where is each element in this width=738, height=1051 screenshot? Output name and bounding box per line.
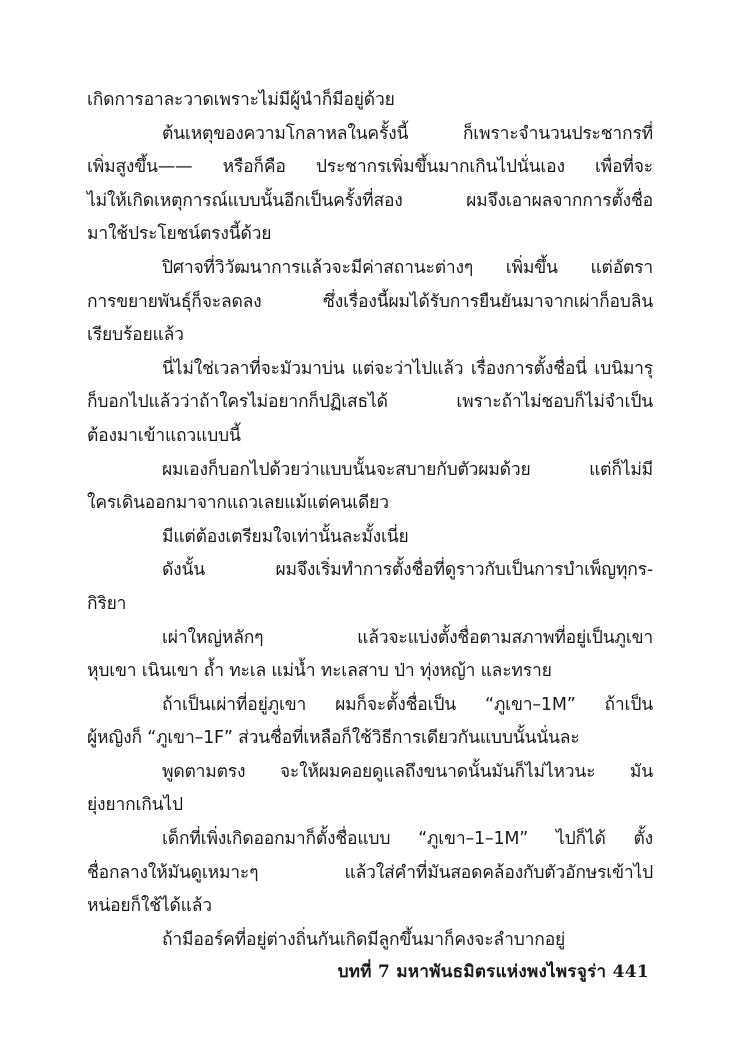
text-line-16: กิริยา [87,588,653,622]
body-text: เกิดการอาละวาดเพราะไม่มีผู้นำก็มีอยู่ด้ว… [87,84,653,957]
text-line-10: ก็บอกไปแล้วว่าถ้าใครไม่อยากก็ปฏิเสธได้ เ… [87,386,653,420]
text-line-4: ไม่ให้เกิดเหตุการณ์แบบนั้นอีกเป็นครั้งที… [87,185,653,219]
text-line-24: ชื่อกลางให้มันดูเหมาะๆ แล้วใส่คำที่มันสอ… [87,857,653,891]
running-footer: บทที่ 7 มหาพันธมิตรแห่งพงไพรจูร่า 441 [338,958,649,985]
text-line-8: เรียบร้อยแล้ว [87,319,653,353]
text-line-21: พูดตามตรง จะให้ผมคอยดูแลถึงขนาดนั้นมันก็… [87,756,653,790]
text-line-5: มาใช้ประโยชน์ตรงนี้ด้วย [87,218,653,252]
text-line-1: เกิดการอาละวาดเพราะไม่มีผู้นำก็มีอยู่ด้ว… [87,84,653,118]
text-line-17: เผ่าใหญ่หลักๆ แล้วจะแบ่งตั้งชื่อตามสภาพท… [87,622,653,656]
text-line-23: เด็กที่เพิ่งเกิดออกมาก็ตั้งชื่อแบบ “ภูเข… [87,823,653,857]
text-line-6: ปิศาจที่วิวัฒนาการแล้วจะมีค่าสถานะต่างๆ … [87,252,653,286]
text-line-7: การขยายพันธุ์ก็จะลดลง ซึ่งเรื่องนี้ผมได้… [87,286,653,320]
book-page: เกิดการอาละวาดเพราะไม่มีผู้นำก็มีอยู่ด้ว… [0,0,738,1051]
text-line-11: ต้องมาเข้าแถวแบบนี้ [87,420,653,454]
text-line-2: ต้นเหตุของความโกลาหลในครั้งนี้ ก็เพราะจำ… [87,118,653,152]
text-line-18: หุบเขา เนินเขา ถ้ำ ทะเล แม่น้ำ ทะเลสาบ ป… [87,655,653,689]
text-line-14: มีแต่ต้องเตรียมใจเท่านั้นละมั้งเนี่ย [87,521,653,555]
text-line-20: ผู้หญิงก็ “ภูเขา–1F” ส่วนชื่อที่เหลือก็ใ… [87,722,653,756]
text-line-26: ถ้ามีออร์คที่อยู่ต่างถิ่นกันเกิดมีลูกขึ้… [87,924,653,958]
text-line-15: ดังนั้น ผมจึงเริ่มทำการตั้งชื่อที่ดูราวก… [87,554,653,588]
text-line-3: เพิ่มสูงขึ้น—— หรือก็คือ ประชากรเพิ่มขึ้… [87,151,653,185]
text-line-9: นี่ไม่ใช่เวลาที่จะมัวมาบ่น แต่จะว่าไปแล้… [87,353,653,387]
text-line-25: หน่อยก็ใช้ได้แล้ว [87,890,653,924]
text-line-22: ยุ่งยากเกินไป [87,789,653,823]
text-line-13: ใครเดินออกมาจากแถวเลยแม้แต่คนเดียว [87,487,653,521]
text-line-19: ถ้าเป็นเผ่าที่อยู่ภูเขา ผมก็จะตั้งชื่อเป… [87,689,653,723]
text-line-12: ผมเองก็บอกไปด้วยว่าแบบนั้นจะสบายกับตัวผม… [87,454,653,488]
